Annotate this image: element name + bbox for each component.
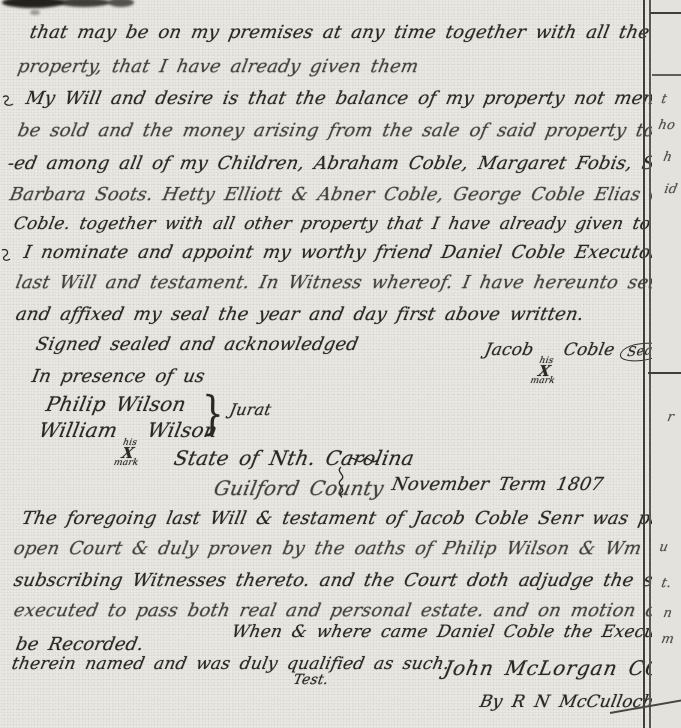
witness-name: Philip Wilson	[44, 392, 188, 416]
will-line: Coble. together with all other property …	[12, 214, 681, 234]
will-line: that may be on my premises at any time t…	[28, 22, 681, 43]
attestation-presence-line: In presence of us	[30, 366, 207, 387]
ink-smudge	[58, 0, 110, 7]
will-line: property, that I have already given them	[16, 56, 420, 77]
mark-word-label: mark	[113, 460, 139, 467]
his-mark-stack: hisXmark	[530, 358, 560, 385]
page-rule-vertical	[643, 0, 652, 728]
page-rule-horizontal	[650, 12, 681, 14]
page-rule-horizontal	[652, 74, 681, 76]
witness2-first-name: William	[37, 418, 120, 442]
probate-came-line: When & where came Daniel Coble the Execu…	[230, 622, 681, 642]
jurat-label: Jurat	[228, 400, 273, 419]
ink-smudge	[108, 0, 134, 7]
probate-state-line: State of Nth. Carolina	[172, 446, 416, 470]
probate-recorded-line: be Recorded.	[14, 634, 146, 655]
edge-fragment: id	[663, 182, 679, 197]
edge-fragment: ho	[657, 118, 677, 133]
margin-mark-icon	[0, 248, 12, 262]
will-line: Barbara Soots. Hetty Elliott & Abner Cob…	[8, 184, 681, 205]
will-line: and affixed my seal the year and day fir…	[14, 304, 586, 325]
probate-line: open Court & duly proven by the oaths of…	[12, 538, 681, 559]
will-document-page: that may be on my premises at any time t…	[0, 0, 681, 728]
probate-term-line: November Term 1807	[390, 474, 605, 495]
will-line: -ed among all of my Children, Abraham Co…	[6, 153, 681, 174]
attestation-signed-line: Signed sealed and acknowledged	[34, 334, 360, 355]
edge-fragment: m	[660, 632, 675, 647]
margin-mark-icon	[2, 94, 14, 108]
witness-brace-icon: }	[201, 386, 224, 441]
probate-line: executed to pass both real and personal …	[12, 600, 681, 621]
probate-line: subscribing Witnesses thereto. and the C…	[12, 570, 681, 591]
ink-smudge	[2, 0, 64, 8]
testator-signature: JacobhisXmarkCobleSeal	[478, 340, 666, 385]
will-line: be sold and the money arising from the s…	[16, 120, 681, 141]
testator-first-name: Jacob	[483, 340, 535, 360]
probate-qualified-line: therein named and was duly qualified as …	[10, 654, 451, 674]
probate-county-line: Guilford County	[212, 476, 386, 500]
mark-word-label: mark	[530, 378, 556, 385]
county-flourish-icon	[334, 466, 348, 498]
his-mark-stack: hisXmark	[113, 440, 143, 467]
will-line: My Will and desire is that the balance o…	[24, 88, 681, 109]
probate-line: The foregoing last Will & testament of J…	[20, 508, 681, 529]
testator-last-name: Coble	[562, 340, 617, 360]
state-flourish-icon	[348, 452, 378, 468]
page-rule-horizontal	[648, 372, 681, 374]
test-label: Test.	[292, 672, 330, 688]
ink-smudge	[30, 10, 40, 15]
will-line: last Will and testament. In Witness wher…	[14, 272, 681, 293]
will-line: I nominate and appoint my worthy friend …	[22, 242, 681, 263]
